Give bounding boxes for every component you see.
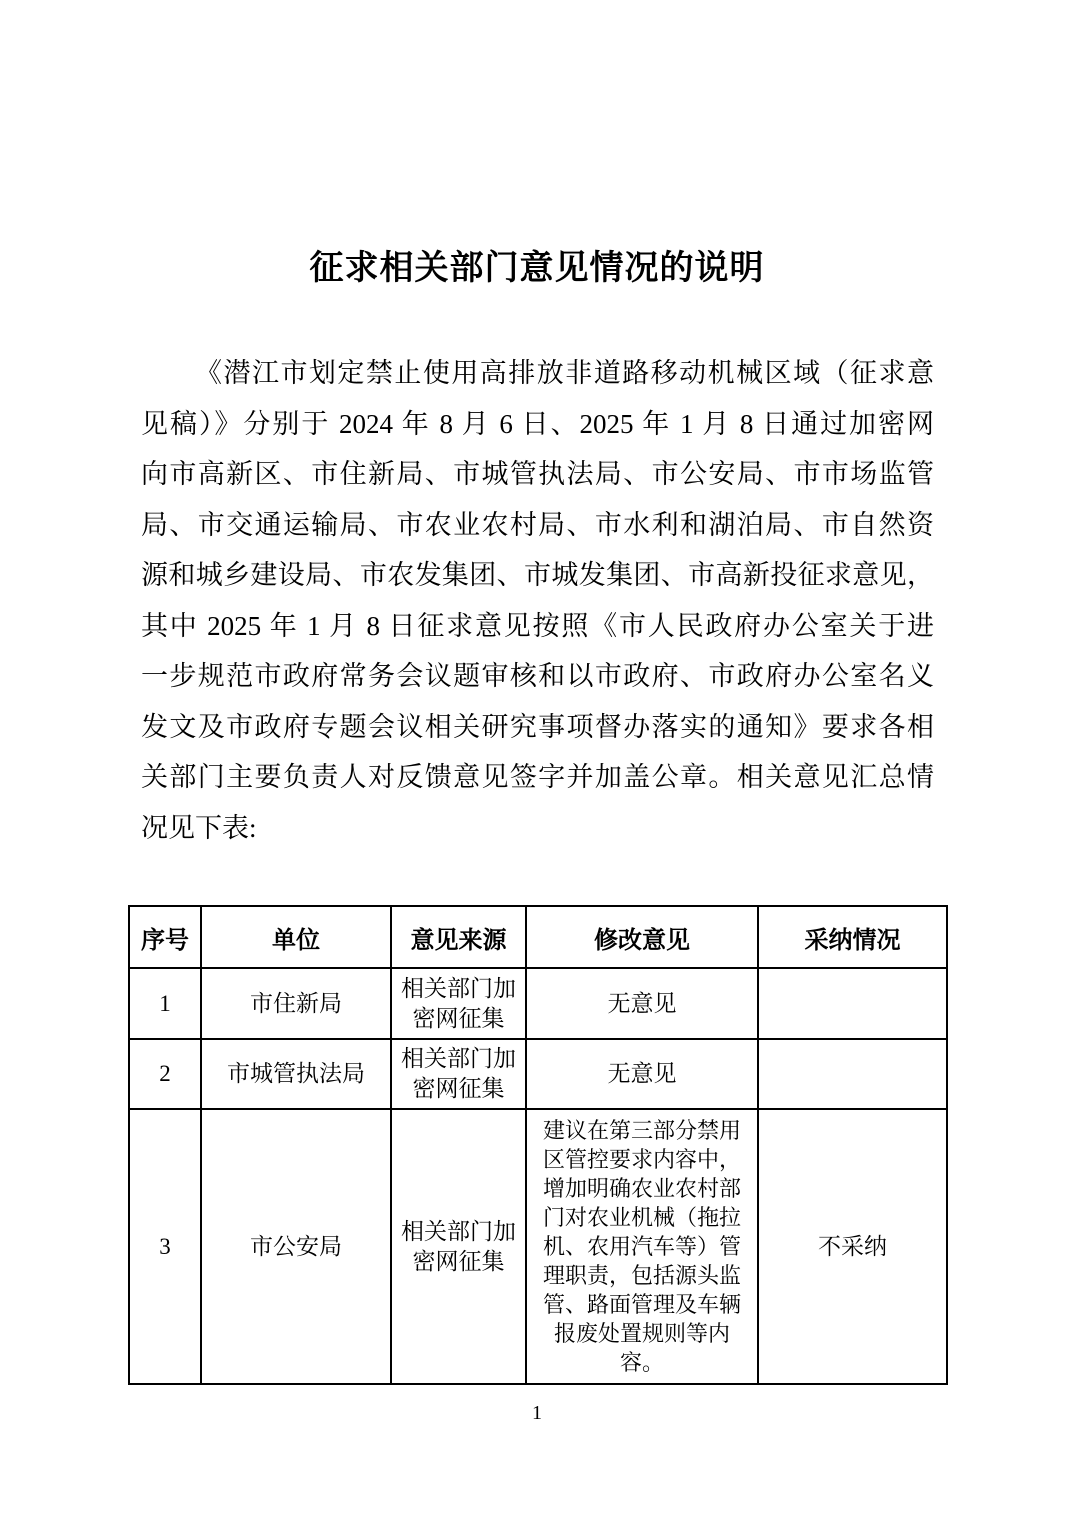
body-paragraph: 《潜江市划定禁止使用高排放非道路移动机械区域（征求意 见稿）》分别于 2024 … — [141, 348, 934, 853]
cell-opinion: 无意见 — [526, 968, 758, 1039]
cell-source: 相关部门加密网征集 — [391, 968, 526, 1039]
paragraph-line: 《潜江市划定禁止使用高排放非道路移动机械区域（征求意 — [141, 348, 934, 399]
paragraph-line: 关部门主要负责人对反馈意见签字并加盖公章。相关意见汇总情 — [141, 752, 934, 803]
opinions-table: 序号 单位 意见来源 修改意见 采纳情况 1 市住新局 相关部门加密网征集 无意… — [128, 905, 948, 1385]
table-row: 3 市公安局 相关部门加密网征集 建议在第三部分禁用区管控要求内容中，增加明确农… — [129, 1109, 947, 1384]
cell-source: 相关部门加密网征集 — [391, 1109, 526, 1384]
page-number: 1 — [0, 1402, 1074, 1425]
cell-adoption — [758, 1039, 947, 1109]
paragraph-line: 源和城乡建设局、市农发集团、市城发集团、市高新投征求意见， — [141, 550, 934, 601]
document-page: 征求相关部门意见情况的说明 《潜江市划定禁止使用高排放非道路移动机械区域（征求意… — [0, 0, 1074, 1520]
document-title: 征求相关部门意见情况的说明 — [0, 240, 1074, 289]
cell-unit: 市城管执法局 — [201, 1039, 391, 1109]
cell-unit: 市住新局 — [201, 968, 391, 1039]
cell-no: 2 — [129, 1039, 201, 1109]
column-header-opinion: 修改意见 — [526, 906, 758, 968]
column-header-unit: 单位 — [201, 906, 391, 968]
table-row: 1 市住新局 相关部门加密网征集 无意见 — [129, 968, 947, 1039]
cell-no: 1 — [129, 968, 201, 1039]
cell-opinion: 建议在第三部分禁用区管控要求内容中，增加明确农业农村部门对农业机械（拖拉机、农用… — [526, 1109, 758, 1384]
cell-source: 相关部门加密网征集 — [391, 1039, 526, 1109]
paragraph-line: 其中 2025 年 1 月 8 日征求意见按照《市人民政府办公室关于进 — [141, 601, 934, 652]
cell-no: 3 — [129, 1109, 201, 1384]
column-header-source: 意见来源 — [391, 906, 526, 968]
cell-unit: 市公安局 — [201, 1109, 391, 1384]
paragraph-line: 见稿）》分别于 2024 年 8 月 6 日、2025 年 1 月 8 日通过加… — [141, 399, 934, 450]
table-header-row: 序号 单位 意见来源 修改意见 采纳情况 — [129, 906, 947, 968]
column-header-adoption: 采纳情况 — [758, 906, 947, 968]
paragraph-line: 发文及市政府专题会议相关研究事项督办落实的通知》要求各相 — [141, 702, 934, 753]
paragraph-line: 局、市交通运输局、市农业农村局、市水利和湖泊局、市自然资 — [141, 500, 934, 551]
cell-adoption — [758, 968, 947, 1039]
cell-adoption: 不采纳 — [758, 1109, 947, 1384]
paragraph-line: 一步规范市政府常务会议题审核和以市政府、市政府办公室名义 — [141, 651, 934, 702]
table-row: 2 市城管执法局 相关部门加密网征集 无意见 — [129, 1039, 947, 1109]
paragraph-line: 况见下表: — [141, 803, 934, 854]
paragraph-line: 向市高新区、市住新局、市城管执法局、市公安局、市市场监管 — [141, 449, 934, 500]
column-header-no: 序号 — [129, 906, 201, 968]
cell-opinion: 无意见 — [526, 1039, 758, 1109]
